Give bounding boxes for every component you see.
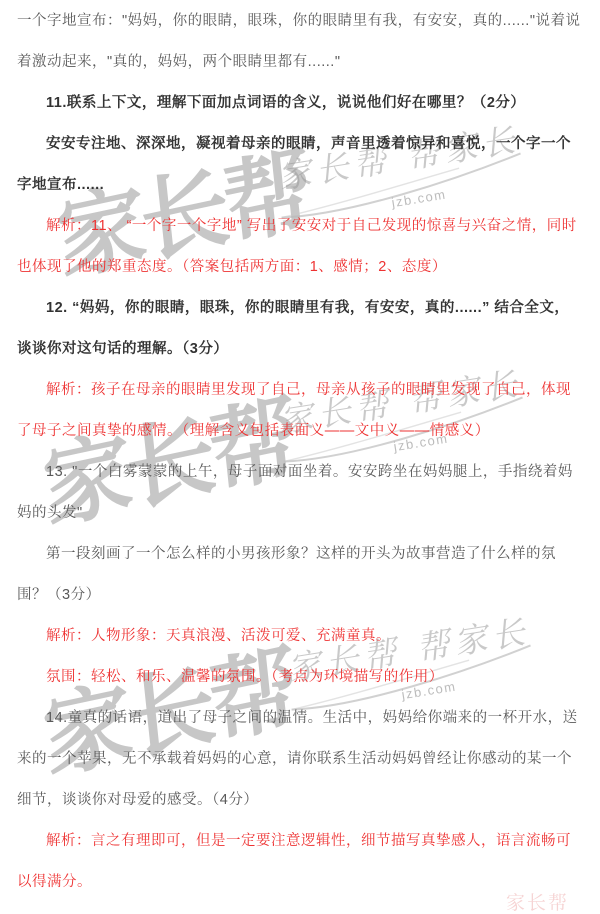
paragraph-question-13: 第一段刻画了一个怎么样的小男孩形象？这样的开头为故事营造了什么样的氛围？（3分） [17,534,583,616]
paragraph-answer-12: 解析：孩子在母亲的眼睛里发现了自己，母亲从孩子的眼睛里发现了自己，体现了母子之间… [17,370,583,452]
answer-sheet-page: 家长帮 家长帮 家长帮 家长帮帮家长 jzb.com 家长帮帮家长 jzb.co… [0,0,600,914]
paragraph-answer-14: 解析：言之有理即可，但是一定要注意逻辑性，细节描写真挚感人，语言流畅可以得满分。 [17,821,583,903]
paragraph-excerpt-11: 安安专注地、深深地，凝视着母亲的眼睛，声音里透着惊异和喜悦，一个字一个字地宣布.… [17,124,583,206]
paragraph-question-11: 11.联系上下文，理解下面加点词语的含义，说说他们好在哪里？（2分） [17,83,583,124]
paragraph-intro-continuation: 一个字地宣布："妈妈，你的眼睛，眼珠，你的眼睛里有我，有安安，真的......"… [17,1,583,83]
paragraph-question-14: 14.童真的话语，道出了母子之间的温情。生活中，妈妈给你端来的一杯开水，送来的一… [17,698,583,821]
paragraph-excerpt-13: 13. "一个白雾蒙蒙的上午，母子面对面坐着。安安跨坐在妈妈腿上，手指绕着妈妈的… [17,452,583,534]
paragraph-answer-11: 解析：11、 “一个字一个字地” 写出了安安对于自己发现的惊喜与兴奋之情，同时也… [17,206,583,288]
document-body: 一个字地宣布："妈妈，你的眼睛，眼珠，你的眼睛里有我，有安安，真的......"… [0,0,600,914]
paragraph-question-12: 12. “妈妈，你的眼睛，眼珠，你的眼睛里有我，有安安，真的......” 结合… [17,288,583,370]
paragraph-answer-13-atmosphere: 氛围：轻松、和乐、温馨的氛围。（考点为环境描写的作用） [17,657,583,698]
paragraph-answer-13-character: 解析：人物形象：天真浪漫、活泼可爱、充满童真。 [17,616,583,657]
